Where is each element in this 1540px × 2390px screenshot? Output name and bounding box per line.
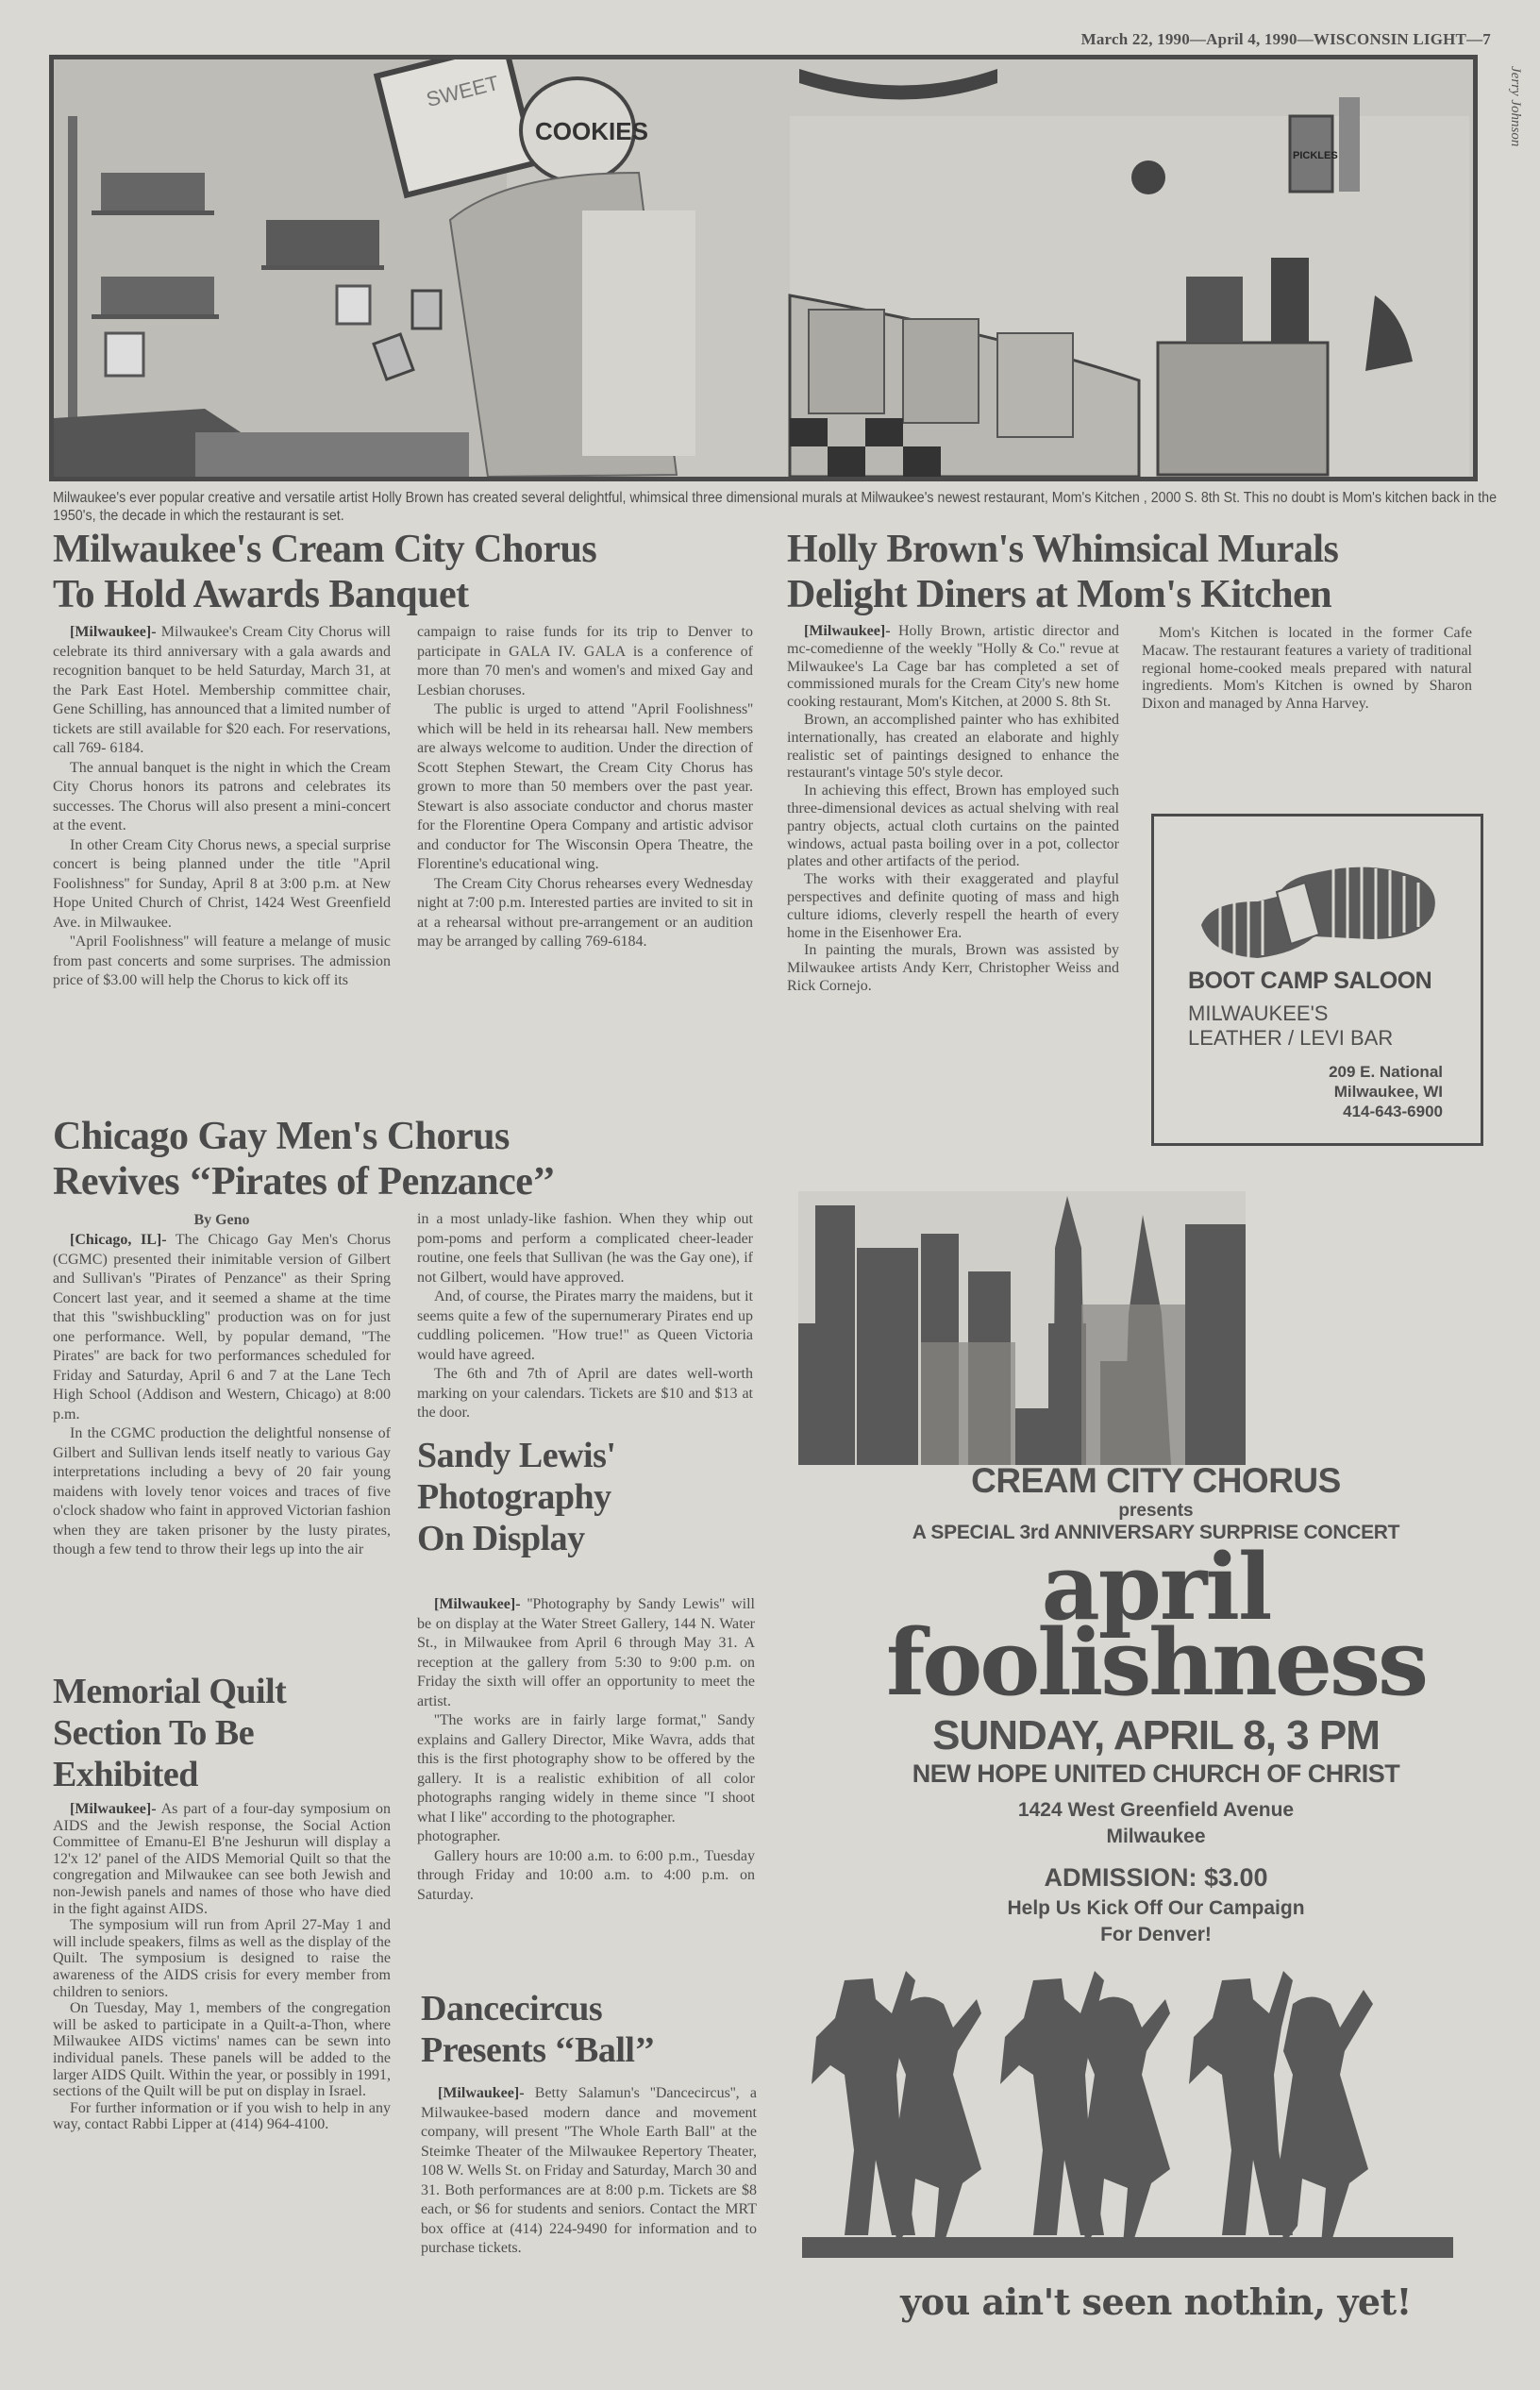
concert-address: 1424 West Greenfield Avenue Milwaukee [793, 1797, 1519, 1850]
pirates-column-2: in a most unlady-like fashion. When they… [417, 1210, 753, 1423]
concert-presenter: CREAM CITY CHORUS [793, 1461, 1519, 1501]
concert-appeal: Help Us Kick Off Our Campaign For Denver… [793, 1895, 1519, 1948]
chorus-headline: Milwaukee's Cream City Chorus To Hold Aw… [53, 527, 770, 617]
paragraph: The symposium will run from April 27-May… [53, 1917, 391, 2000]
dancecircus-headline: Dancecircus Presents ‘‘Ball’’ [421, 1988, 761, 2071]
paragraph: In achieving this effect, Brown has empl… [787, 783, 1119, 871]
quilt-headline: Memorial Quilt Section To Be Exhibited [53, 1671, 393, 1795]
murals-headline: Holly Brown's Whimsical Murals Delight D… [787, 527, 1523, 617]
concert-title-line-2: foolishness [793, 1624, 1519, 1703]
paragraph: The works with their exaggerated and pla… [787, 871, 1119, 942]
paragraph: Gallery hours are 10:00 a.m. to 6:00 p.m… [417, 1847, 755, 1906]
svg-text:PICKLES: PICKLES [1293, 150, 1338, 161]
paragraph: [Milwaukee]- Betty Salamun's ''Dancecirc… [421, 2084, 757, 2259]
paragraph: campaign to raise funds for its trip to … [417, 623, 753, 700]
dancers-silhouette-illustration [802, 1961, 1453, 2264]
photo-caption: Milwaukee's ever popular creative and ve… [53, 489, 1520, 525]
chorus-column-1: [Milwaukee]- Milwaukee's Cream City Chor… [53, 623, 391, 991]
paragraph: ''The works are in fairly large format,'… [417, 1711, 755, 1827]
quilt-body: [Milwaukee]- As part of a four-day sympo… [53, 1801, 391, 2133]
paragraph: In other Cream City Chorus news, a speci… [53, 836, 391, 934]
paragraph: [Milwaukee]- Milwaukee's Cream City Chor… [53, 623, 391, 759]
mural-photo: SWEET COOKIES PICKLES [49, 55, 1478, 481]
pirates-column-1: By Geno [Chicago, IL]- The Chicago Gay M… [53, 1210, 391, 1560]
paragraph: In painting the murals, Brown was assist… [787, 942, 1119, 995]
paragraph: ''April Foolishness'' will feature a mel… [53, 933, 391, 991]
kitchen-mural-illustration: SWEET COOKIES PICKLES [54, 59, 1473, 477]
boot-sole-icon [1192, 850, 1447, 963]
byline: By Geno [53, 1210, 391, 1231]
dancecircus-body: [Milwaukee]- Betty Salamun's ''Dancecirc… [421, 2084, 757, 2259]
paragraph: Brown, an accomplished painter who has e… [787, 712, 1119, 783]
paragraph: For further information or if you wish t… [53, 2100, 391, 2133]
paragraph: The public is urged to attend ''April Fo… [417, 700, 753, 875]
paragraph: The 6th and 7th of April are dates well-… [417, 1365, 753, 1423]
murals-column-2: Mom's Kitchen is located in the former C… [1142, 625, 1472, 714]
pirates-headline: Chicago Gay Men's Chorus Revives ‘‘Pirat… [53, 1114, 789, 1204]
svg-text:COOKIES: COOKIES [535, 117, 648, 145]
murals-column-1: [Milwaukee]- Holly Brown, artistic direc… [787, 623, 1119, 996]
paragraph: The Cream City Chorus rehearses every We… [417, 875, 753, 952]
paragraph: The annual banquet is the night in which… [53, 759, 391, 836]
photo-credit: Jerry Johnson [1500, 66, 1523, 198]
chorus-column-2: campaign to raise funds for its trip to … [417, 623, 753, 952]
concert-admission: ADMISSION: $3.00 [793, 1863, 1519, 1893]
page-folio: March 22, 1990—April 4, 1990—WISCONSIN L… [1081, 30, 1491, 49]
paragraph: Mom's Kitchen is located in the former C… [1142, 625, 1472, 714]
ad-address: 209 E. National Milwaukee, WI 414-643-69… [1329, 1062, 1443, 1121]
paragraph: [Milwaukee]- As part of a four-day sympo… [53, 1801, 391, 1917]
photography-body: [Milwaukee]- ''Photography by Sandy Lewi… [417, 1595, 755, 1905]
paragraph: And, of course, the Pirates marry the ma… [417, 1288, 753, 1365]
paragraph: [Milwaukee]- Holly Brown, artistic direc… [787, 623, 1119, 712]
ad-title: BOOT CAMP SALOON [1188, 968, 1431, 995]
concert-presents: presents [793, 1501, 1519, 1522]
paragraph: in a most unlady-like fashion. When they… [417, 1210, 753, 1288]
boot-camp-saloon-ad: BOOT CAMP SALOON MILWAUKEE'S LEATHER / L… [1151, 814, 1483, 1146]
concert-venue: NEW HOPE UNITED CHURCH OF CHRIST [793, 1759, 1519, 1789]
city-skyline-illustration [798, 1191, 1246, 1465]
paragraph: [Milwaukee]- ''Photography by Sandy Lewi… [417, 1595, 755, 1711]
paragraph: [Chicago, IL]- The Chicago Gay Men's Cho… [53, 1231, 391, 1424]
concert-datetime: SUNDAY, APRIL 8, 3 PM [793, 1712, 1519, 1759]
paragraph: photographer. [417, 1827, 755, 1847]
photography-headline: Sandy Lewis' Photography On Display [417, 1435, 757, 1559]
paragraph: In the CGMC production the delightful no… [53, 1424, 391, 1560]
paragraph: On Tuesday, May 1, members of the congre… [53, 2000, 391, 2100]
concert-tagline: you ain't seen nothin, yet! [793, 2281, 1519, 2323]
ad-tagline: MILWAUKEE'S LEATHER / LEVI BAR [1188, 1001, 1393, 1051]
